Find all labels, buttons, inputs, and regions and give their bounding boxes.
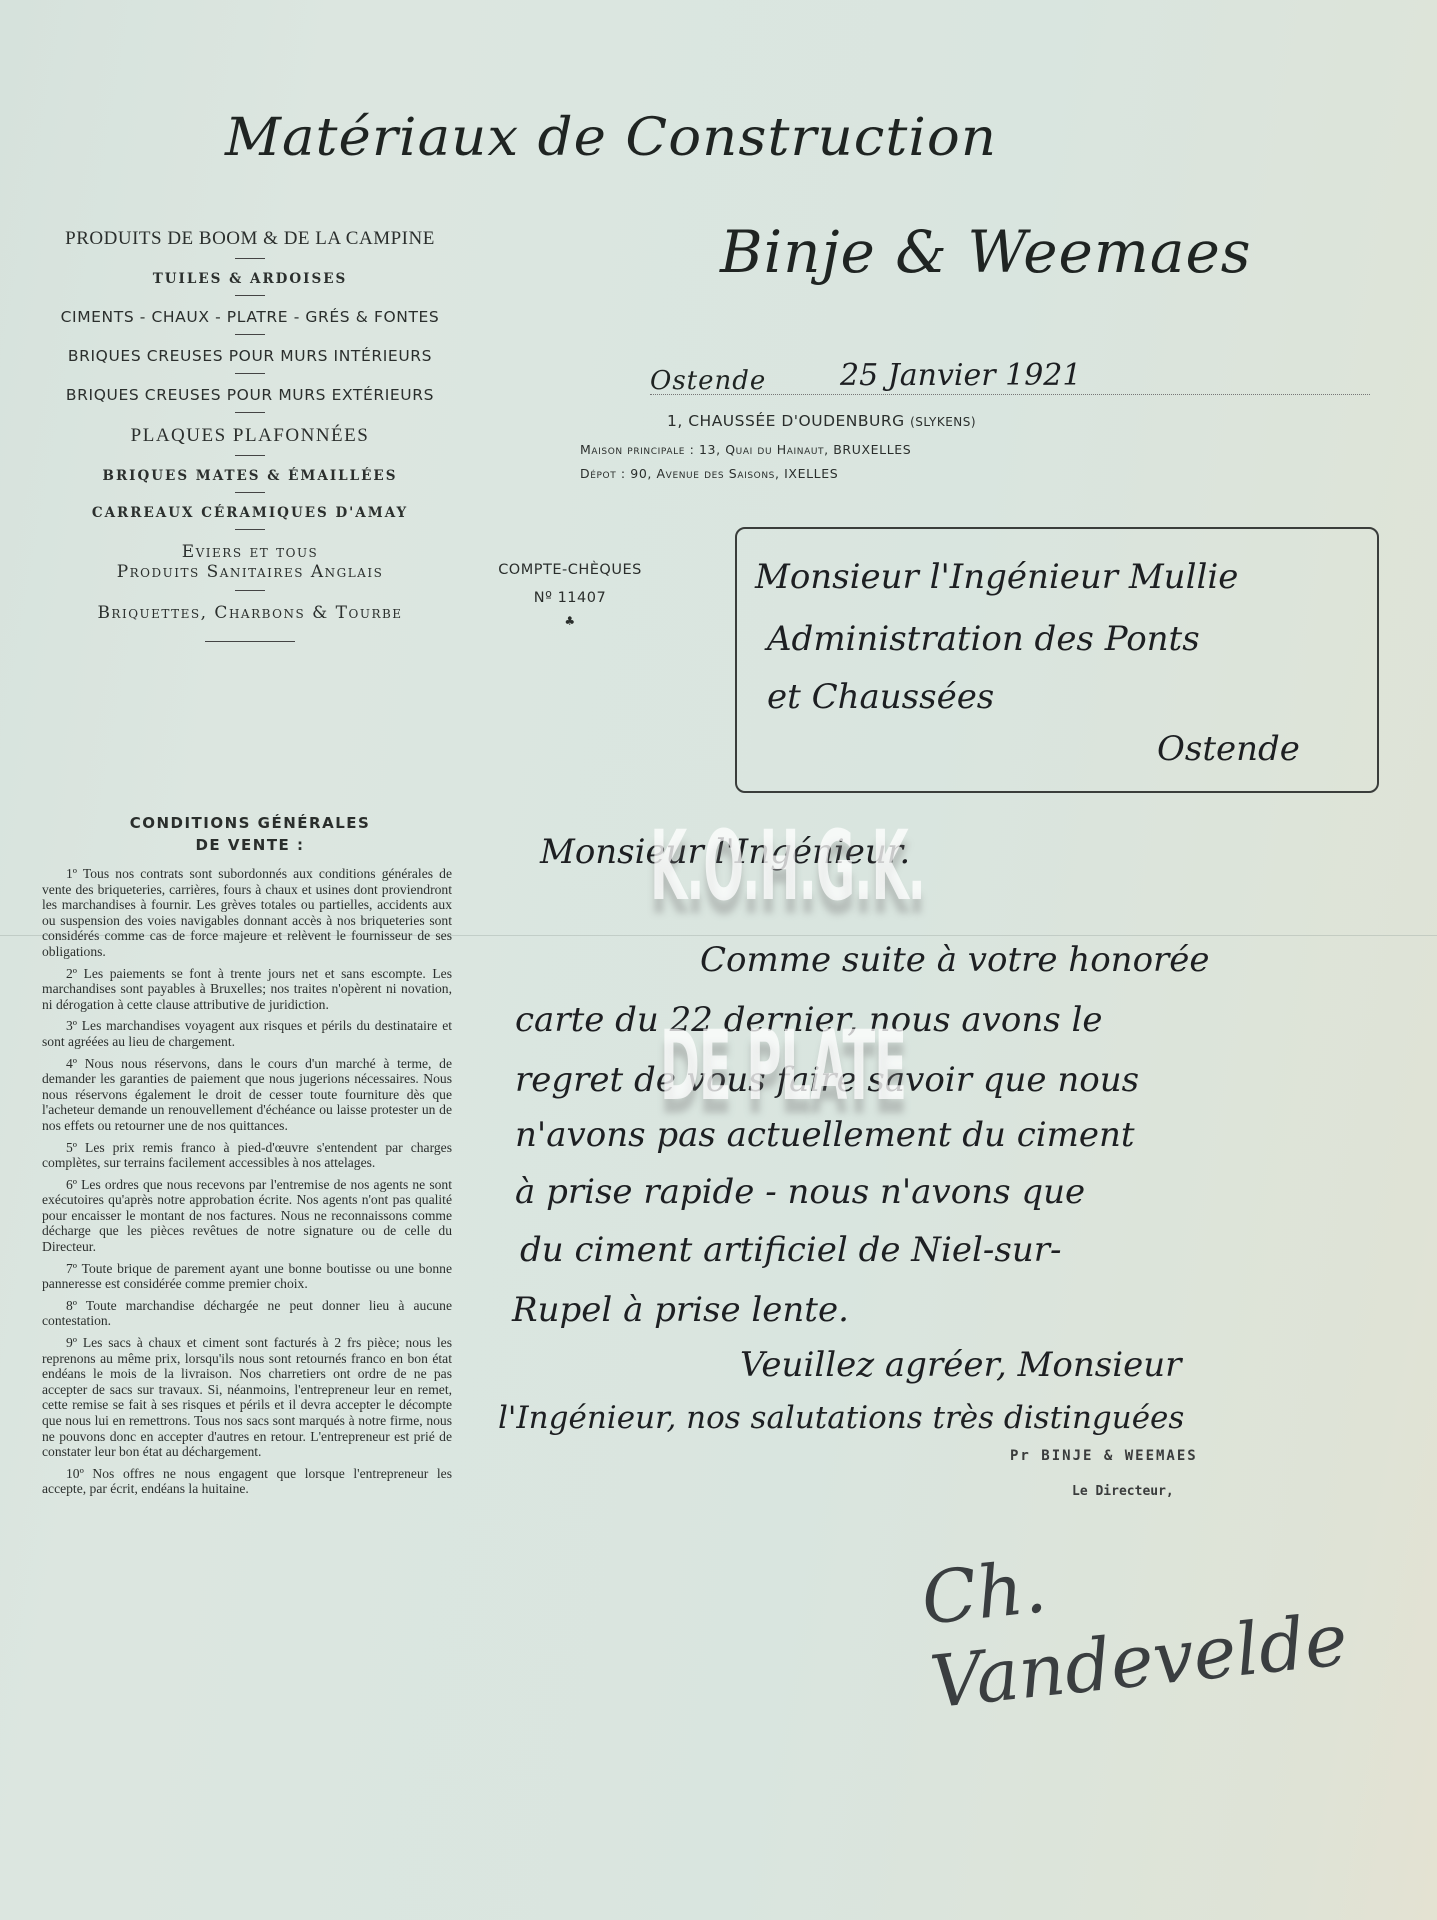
condition-clause: 2º Les paiements se font à trente jours … [42, 966, 452, 1013]
condition-clause: 9º Les sacs à chaux et ciment sont factu… [42, 1335, 452, 1460]
recipient-line: et Chaussées [767, 677, 994, 717]
divider [235, 373, 265, 374]
divider [205, 641, 295, 642]
condition-clause: 1º Tous nos contrats sont subordonnés au… [42, 866, 452, 960]
product-item: Briques mates & émaillées [20, 468, 480, 484]
letterhead-title: Matériaux de Construction [225, 108, 997, 168]
condition-clause: 10º Nos offres ne nous engagent que lors… [42, 1466, 452, 1497]
divider [235, 334, 265, 335]
recipient-box: Monsieur l'Ingénieur Mullie Administrati… [735, 527, 1379, 793]
divider [235, 295, 265, 296]
product-item: Briques creuses pour murs extérieurs [20, 386, 480, 404]
condition-clause: 8º Toute marchandise déchargée ne peut d… [42, 1298, 452, 1329]
signature-role: Le Directeur, [1072, 1484, 1174, 1499]
watermark: K.O.H.G.K. [650, 810, 925, 922]
condition-clause: 3º Les marchandises voyagent aux risques… [42, 1018, 452, 1049]
cheque-number: Nº 11407 [480, 584, 660, 612]
conditions-title-line: CONDITIONS GÉNÉRALES [40, 812, 460, 834]
address-main: 1, CHAUSSÉE D'OUDENBURG (SLYKENS) [667, 412, 976, 430]
letter-line: à prise rapide - nous n'avons que [515, 1172, 1085, 1212]
conditions-title-line: DE VENTE : [40, 834, 460, 856]
product-item: Ciments - Chaux - Platre - Grés & Fontes [20, 308, 480, 326]
address-main-text: 1, CHAUSSÉE D'OUDENBURG [667, 412, 905, 430]
product-item: Produits Sanitaires Anglais [20, 562, 480, 582]
condition-clause: 5º Les prix remis franco à pied-d'œuvre … [42, 1140, 452, 1171]
product-item: Briquettes, Charbons & Tourbe [20, 603, 480, 623]
address-depot: Dépot : 90, Avenue des Saisons, IXELLES [580, 466, 838, 481]
letter-line: du ciment artificiel de Niel-sur- [520, 1230, 1061, 1270]
product-list: Produits de Boom & de la Campine Tuiles … [20, 228, 480, 654]
product-item: Produits de Boom & de la Campine [20, 228, 480, 250]
address-head-office: Maison principale : 13, Quai du Hainaut,… [580, 442, 911, 457]
cheque-label: COMPTE-CHÈQUES [480, 556, 660, 584]
divider [235, 412, 265, 413]
condition-clause: 7º Toute brique de parement ayant une bo… [42, 1261, 452, 1292]
address-main-suffix: (SLYKENS) [910, 415, 976, 429]
recipient-line: Administration des Ponts [767, 619, 1200, 659]
date-city: Ostende [650, 366, 766, 396]
signature-firm: Pr BINJE & WEEMAES [1010, 1448, 1198, 1464]
condition-clause: 6º Les ordres que nous recevons par l'en… [42, 1177, 452, 1255]
signature: Ch. Vandevelde [918, 1504, 1437, 1725]
letter-line: Veuillez agréer, Monsieur [740, 1345, 1181, 1385]
letter-line: Rupel à prise lente. [512, 1290, 849, 1330]
condition-clause: 4º Nous nous réservons, dans le cours d'… [42, 1056, 452, 1134]
recipient-line: Monsieur l'Ingénieur Mullie [755, 557, 1238, 597]
recipient-line: Ostende [1157, 729, 1300, 769]
divider [235, 258, 265, 259]
cheque-account: COMPTE-CHÈQUES Nº 11407 ♣ [480, 556, 660, 630]
divider [235, 492, 265, 493]
conditions-list: 1º Tous nos contrats sont subordonnés au… [42, 866, 452, 1503]
divider [235, 455, 265, 456]
ornament-icon: ♣ [480, 612, 660, 630]
letter-line: Comme suite à votre honorée [700, 940, 1210, 980]
product-item: Plaques plafonnées [20, 425, 480, 447]
product-item: Eviers et tous [20, 542, 480, 562]
conditions-title: CONDITIONS GÉNÉRALES DE VENTE : [40, 812, 460, 856]
letter-line: l'Ingénieur, nos salutations très distin… [498, 1400, 1184, 1436]
date-value: 25 Janvier 1921 [840, 358, 1081, 393]
product-item: Tuiles & Ardoises [20, 271, 480, 287]
product-item: Carreaux céramiques d'Amay [20, 505, 480, 521]
product-item: Briques creuses pour murs intérieurs [20, 347, 480, 365]
divider [235, 529, 265, 530]
company-name: Binje & Weemaes [720, 218, 1252, 286]
watermark: DE PLATE [660, 1010, 906, 1122]
divider [235, 590, 265, 591]
